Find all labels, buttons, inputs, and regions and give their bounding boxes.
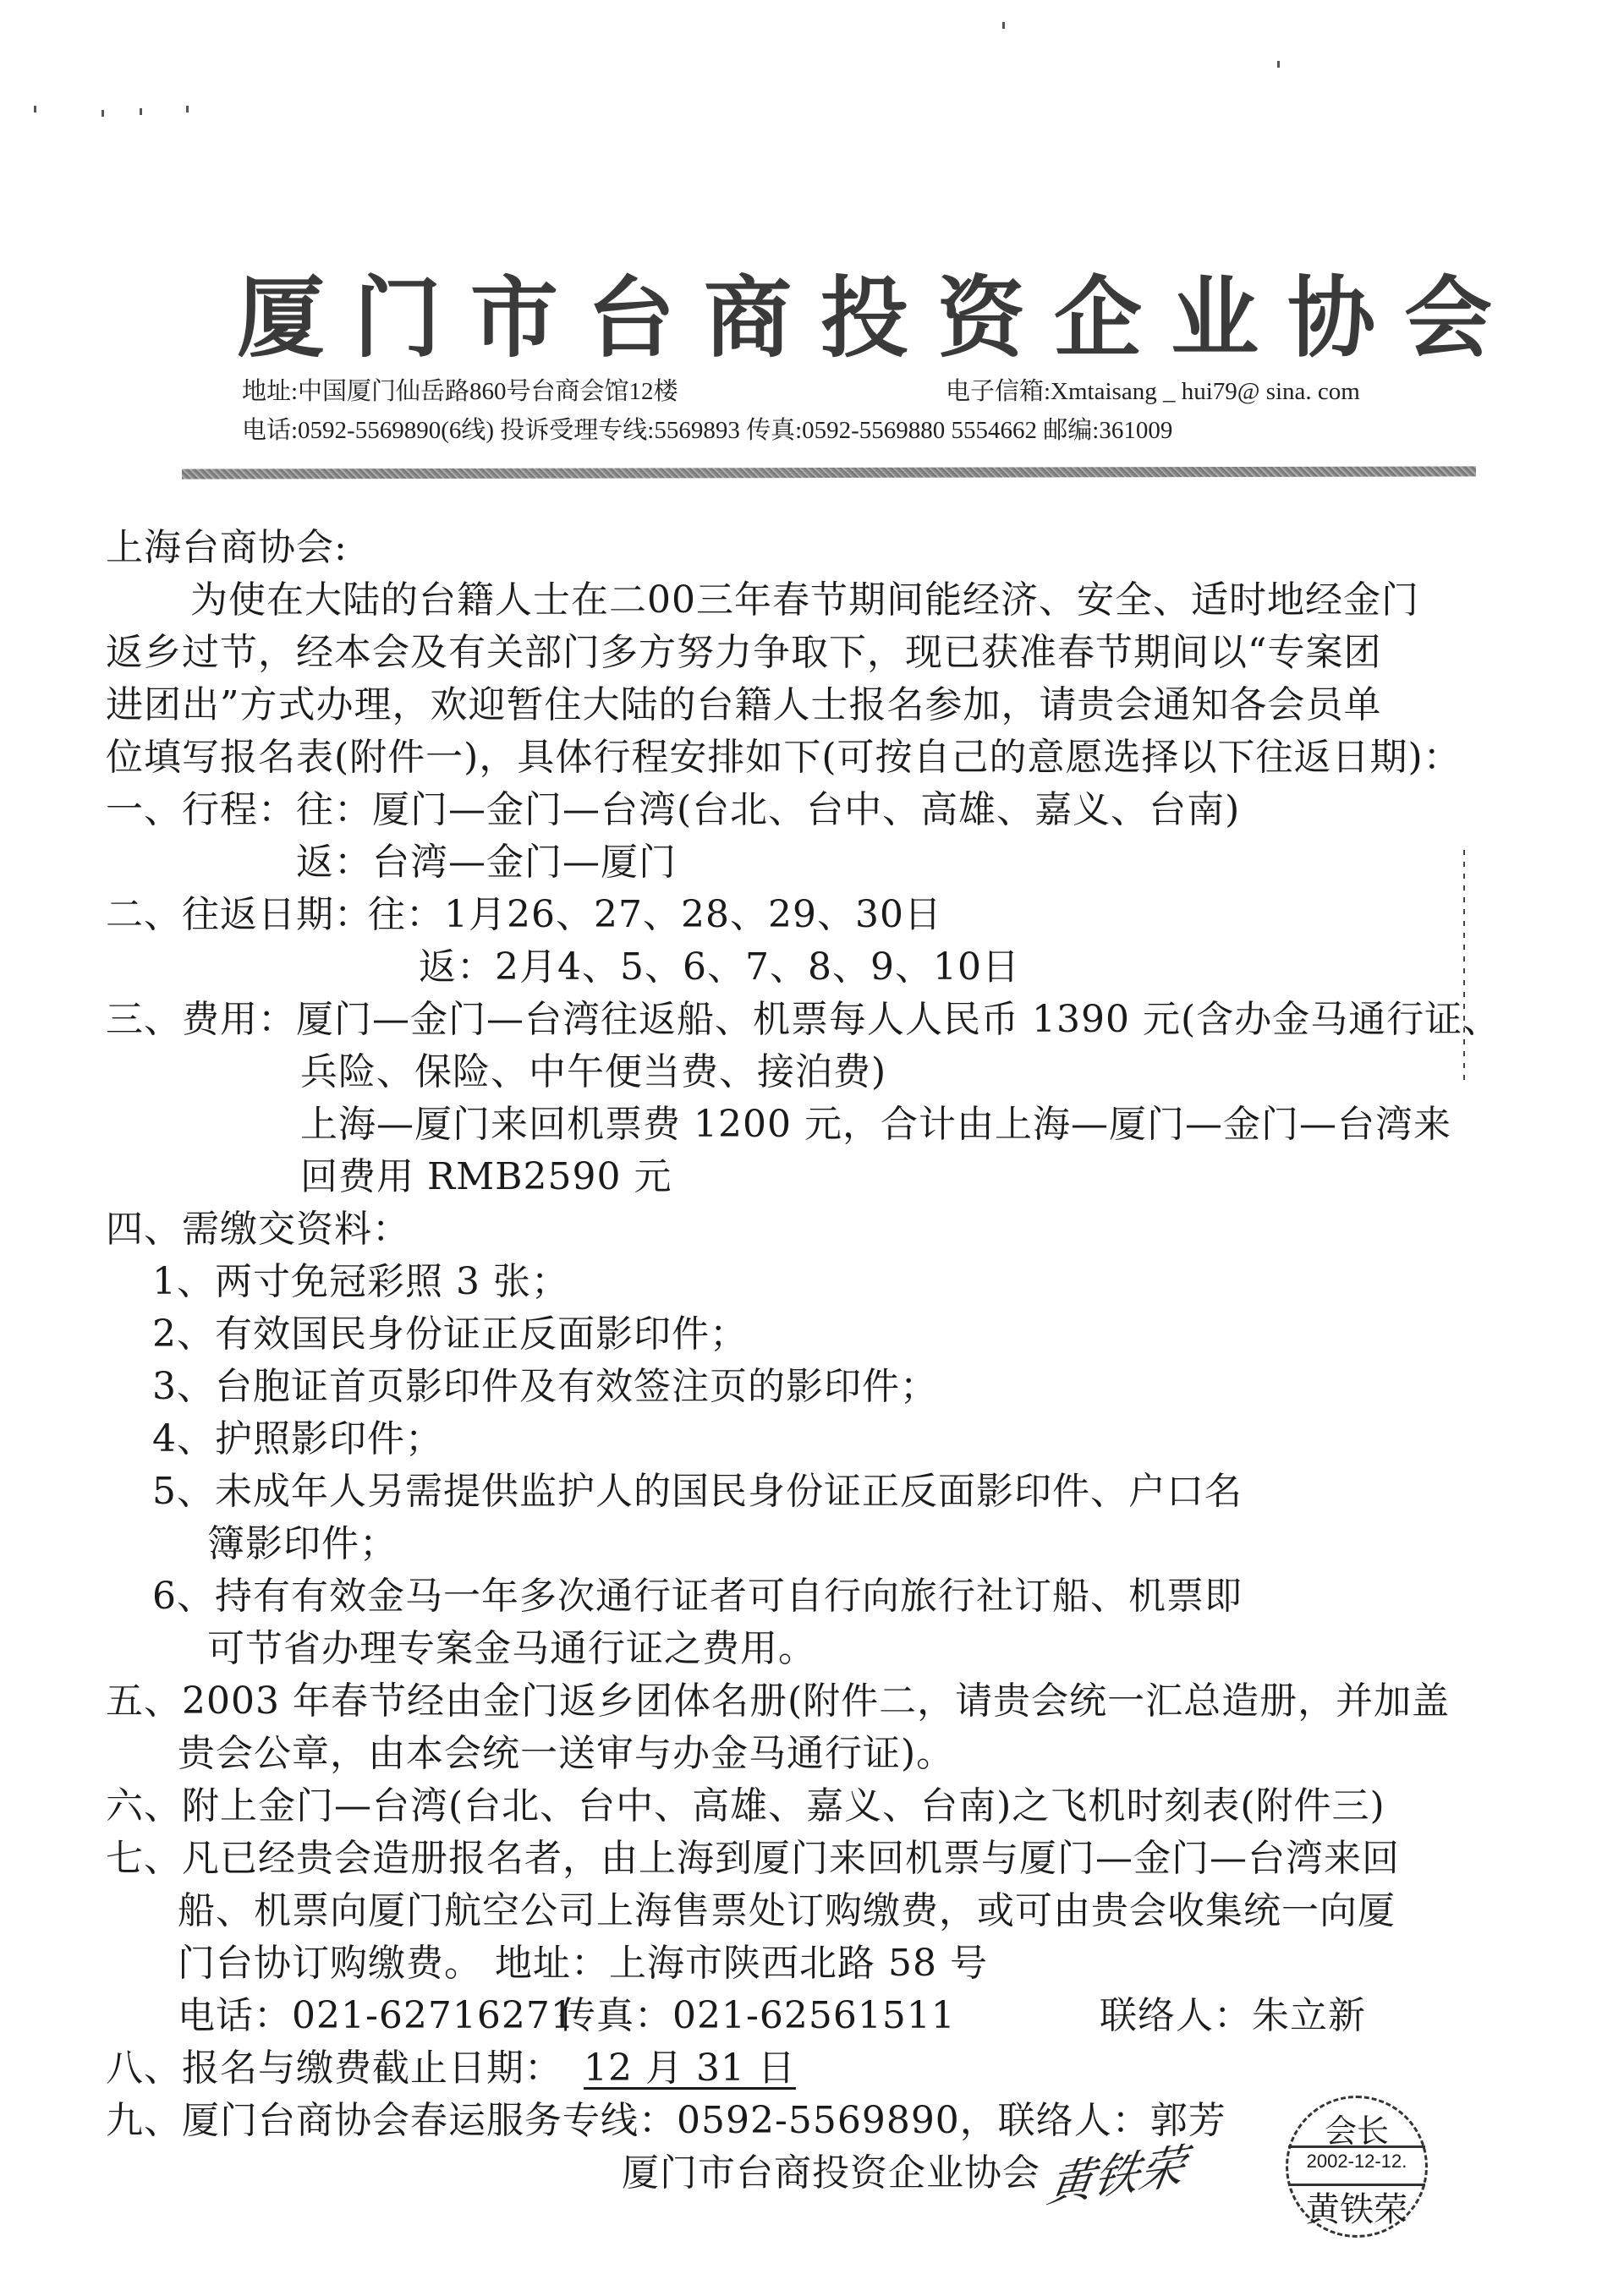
deadline-label: 八、报名与缴费截止日期： (106, 2043, 562, 2094)
signature-org: 厦门市台商投资企业协会 (622, 2148, 1040, 2199)
letterhead-email: 电子信箱:Xmtaisang _ hui79@ sina. com (946, 372, 1360, 407)
document-item-4: 4、护照影印件； (152, 1414, 443, 1465)
dates-outbound: 往：1月26、27、28、29、30日 (368, 890, 942, 940)
scan-speck (101, 110, 104, 117)
document-item-5: 5、未成年人另需提供监护人的国民身份证正反面影印件、户口名 (152, 1466, 1243, 1517)
intro-line-4: 位填写报名表(附件一)，具体行程安排如下(可按自己的意愿选择以下往返日期)： (106, 732, 1462, 783)
intro-line-3: 进团出”方式办理，欢迎暂住大陆的台籍人士报名参加，请贵会通知各会员单 (106, 680, 1382, 731)
itinerary-return: 返：台湾—金门—厦门 (296, 837, 677, 888)
dates-return: 返：2月4、5、6、7、8、9、10日 (419, 942, 1020, 993)
document-item-2: 2、有效国民身份证正反面影印件； (152, 1309, 748, 1360)
hotline-line: 九、厦门台商协会春运服务专线：0592-5569890，联络人：郭芳 (106, 2096, 1226, 2146)
intro-line-1: 为使在大陆的台籍人士在二00三年春节期间能经济、安全、适时地经金门 (190, 575, 1419, 626)
purchase-line-3: 门台协订购缴费。 地址：上海市陕西北路 58 号 (178, 1938, 988, 1989)
scan-speck (1002, 22, 1005, 29)
purchase-line-2: 船、机票向厦门航空公司上海售票处订购缴费，或可由贵会收集统一向厦 (178, 1886, 1396, 1937)
document-item-6: 6、持有有效金马一年多次通行证者可自行向旅行社订船、机票即 (152, 1571, 1243, 1622)
official-seal: 会长 2002-12-12. 黄铁荣 (1286, 2096, 1428, 2238)
deadline-date: 12 月 31 日 (584, 2043, 796, 2094)
document-item-6-cont: 可节省办理专案金马通行证之费用。 (207, 1624, 816, 1674)
purchase-contact: 联络人：朱立新 (1100, 1991, 1366, 2041)
intro-line-2: 返乡过节，经本会及有关部门多方努力争取下，现已获准春节期间以“专案团 (106, 627, 1382, 678)
salutation: 上海台商协会: (106, 523, 348, 573)
roster-line-2: 贵会公章，由本会统一送审与办金马通行证)。 (178, 1729, 954, 1779)
fees-line-4: 回费用 RMB2590 元 (300, 1152, 672, 1203)
fees-line-3: 上海—厦门来回机票费 1200 元，合计由上海—厦门—金门—台湾来 (300, 1099, 1451, 1150)
fees-line-1: 三、费用：厦门—金门—台湾往返船、机票每人人民币 1390 元(含办金马通行证、 (106, 995, 1501, 1045)
itinerary-outbound: 往：厦门—金门—台湾(台北、台中、高雄、嘉义、台南) (296, 785, 1240, 836)
purchase-line-1: 七、凡已经贵会造册报名者，由上海到厦门来回机票与厦门—金门—台湾来回 (106, 1833, 1400, 1884)
document-item-5-cont: 簿影印件； (207, 1519, 398, 1570)
letterhead-title: 厦门市台商投资企业协会 (237, 247, 1521, 374)
schedule-line: 六、附上金门—台湾(台北、台中、高雄、嘉义、台南)之飞机时刻表(附件三) (106, 1781, 1385, 1832)
scan-edge-mark (1463, 850, 1465, 1087)
purchase-phone: 电话：021-62716271 (178, 1991, 575, 2041)
itinerary-label: 一、行程： (106, 785, 296, 836)
seal-name: 黄铁荣 (1288, 2183, 1425, 2231)
purchase-fax: 传真：021-62561511 (558, 1991, 956, 2041)
scan-speck (186, 106, 189, 112)
scan-speck (1277, 61, 1280, 68)
roster-line-1: 五、2003 年春节经由金门返乡团体名册(附件二，请贵会统一汇总造册，并加盖 (106, 1676, 1450, 1727)
documents-label: 四、需缴交资料： (106, 1204, 410, 1255)
seal-title: 会长 (1288, 2105, 1425, 2151)
fees-line-2: 兵险、保险、中午便当费、接泊费) (300, 1047, 886, 1098)
dates-label: 二、往返日期： (106, 890, 372, 940)
document-item-3: 3、台胞证首页影印件及有效签注页的影印件； (152, 1362, 938, 1412)
letterhead-address: 地址:中国厦门仙岳路860号台商会馆12楼 (242, 372, 678, 407)
letterhead-divider (182, 466, 1476, 479)
scan-speck (140, 108, 142, 115)
document-item-1: 1、两寸免冠彩照 3 张； (152, 1257, 569, 1307)
scan-speck (34, 106, 36, 112)
seal-date: 2002-12-12. (1288, 2151, 1425, 2173)
letterhead-phone-line: 电话:0592-5569890(6线) 投诉受理专线:5569893 传真:05… (242, 411, 1172, 446)
